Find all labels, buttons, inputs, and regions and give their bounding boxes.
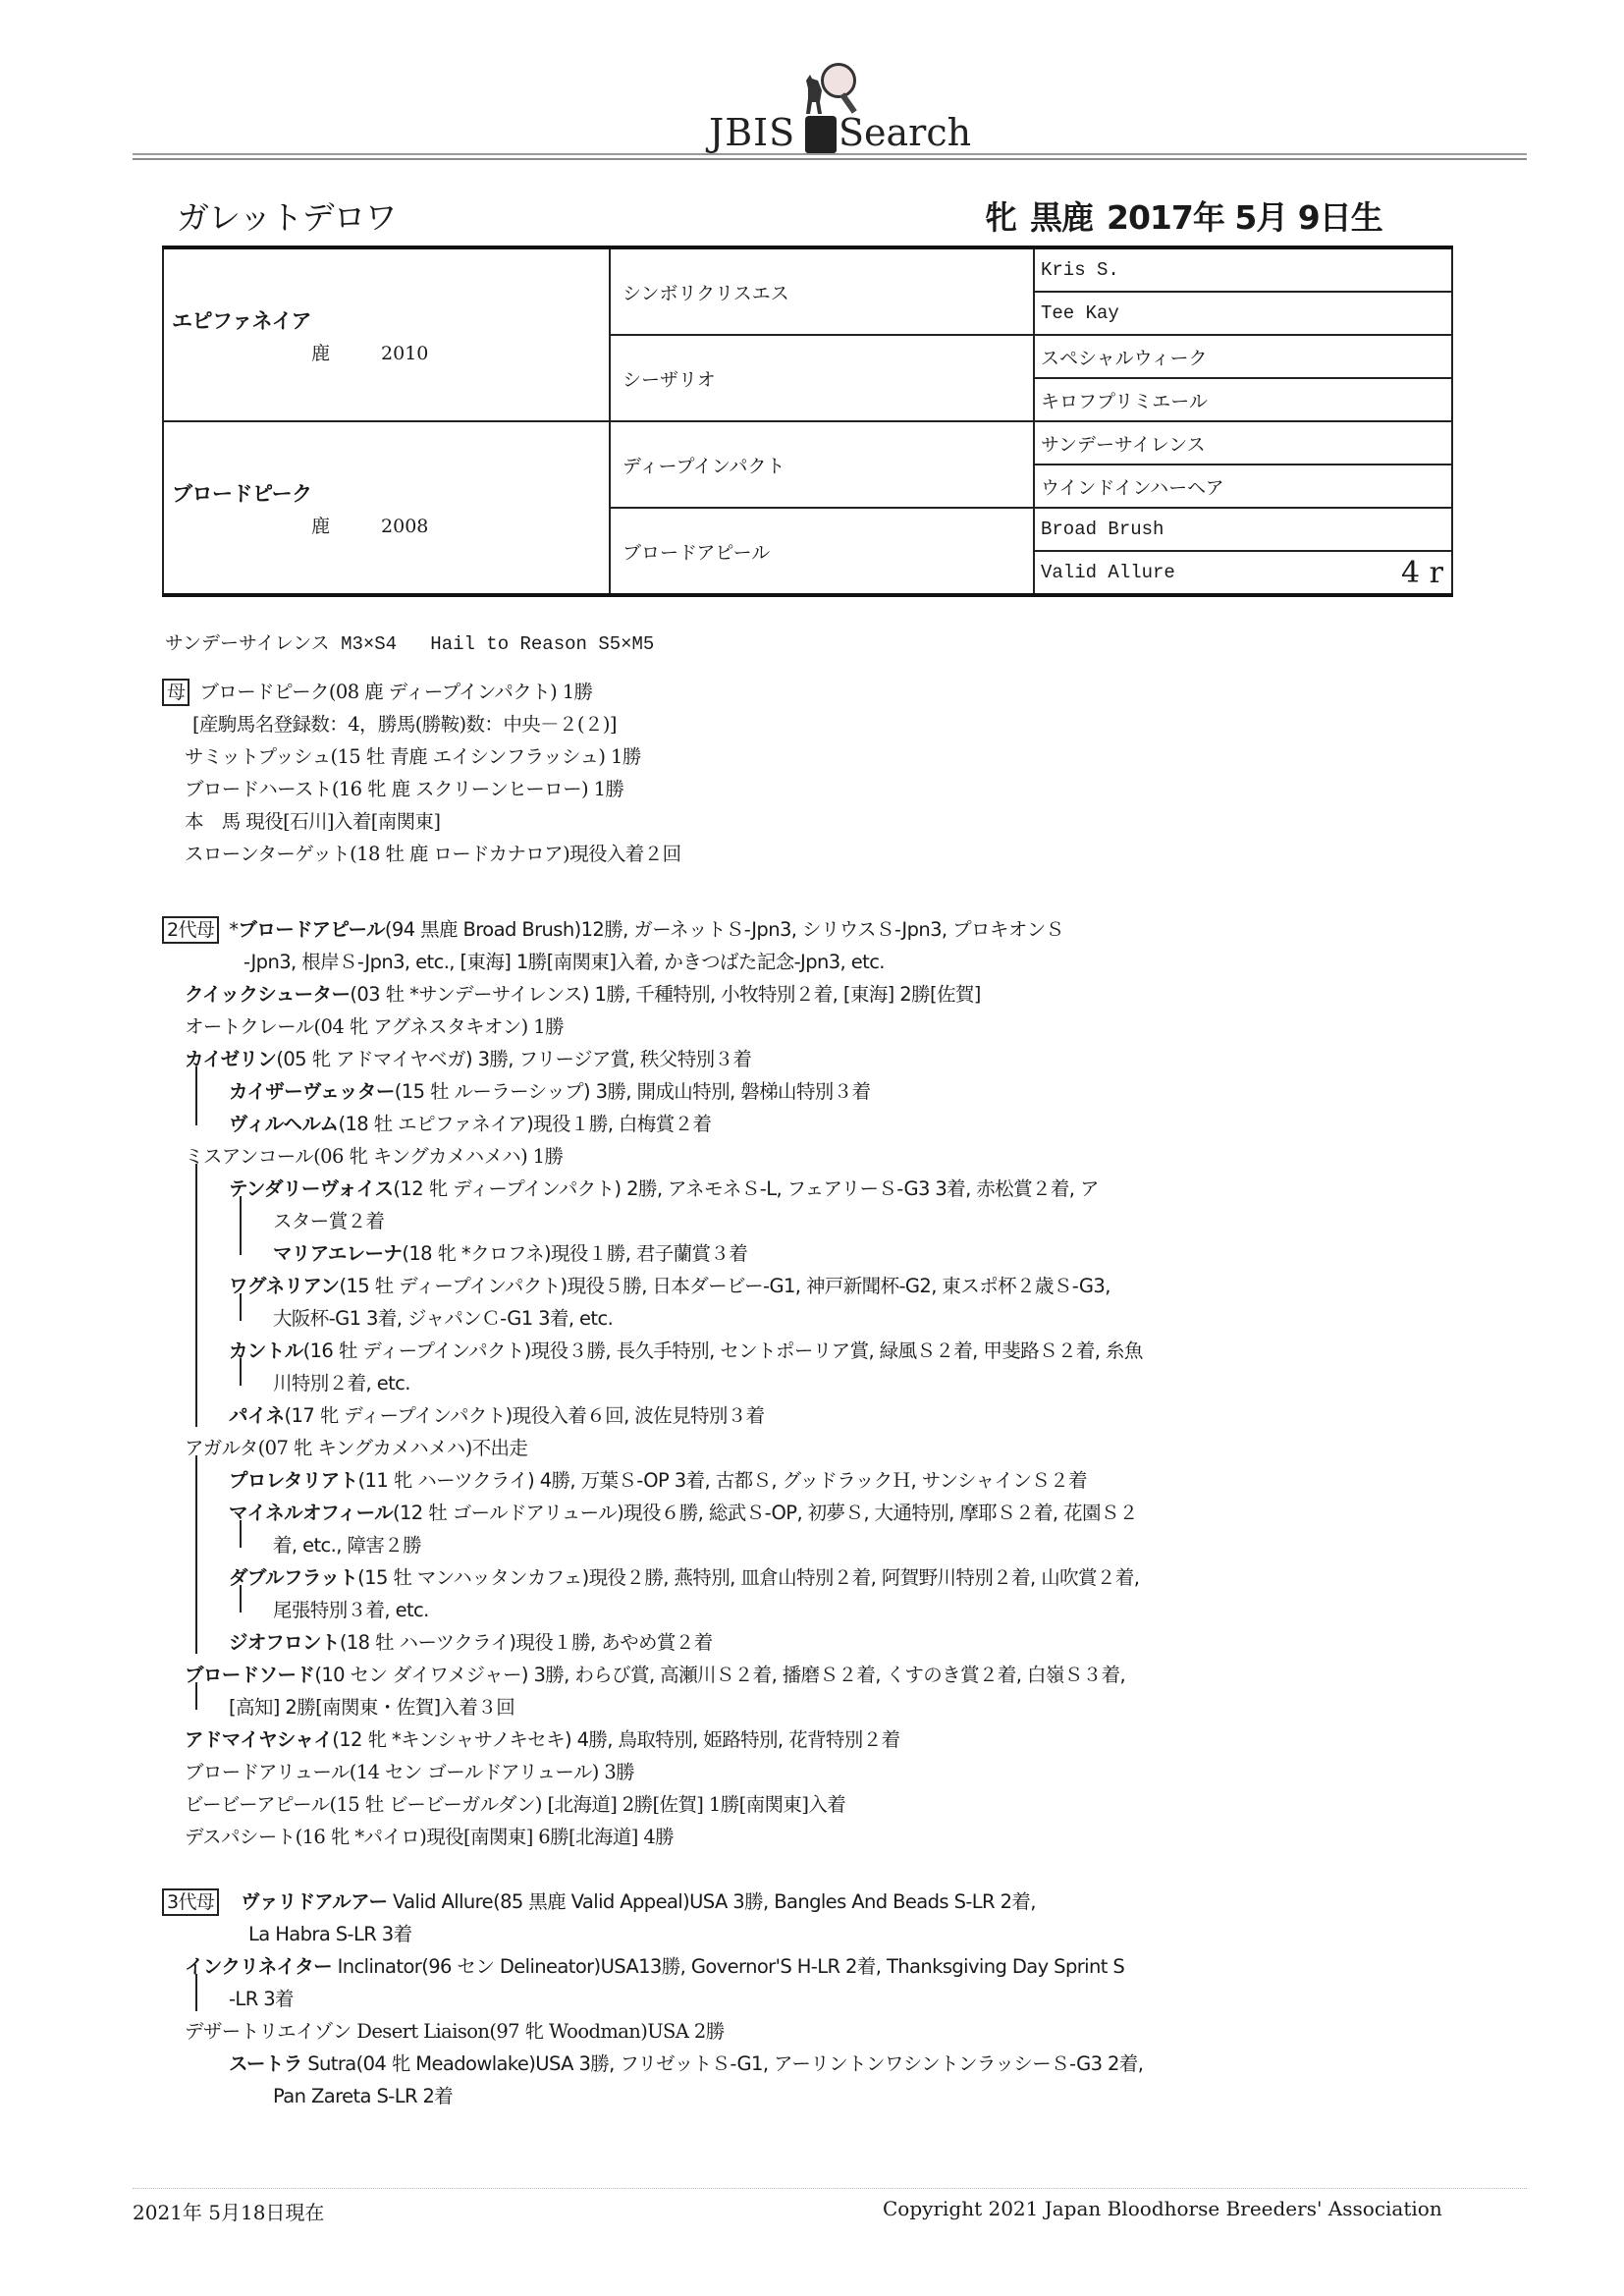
dam-year: 2008 xyxy=(381,516,428,537)
family-entry: デスパシート(16 牝 *パイロ)現役[南関東] 6勝[北海道] 4勝 xyxy=(185,1823,674,1852)
entry-name-bold: カイゼリン xyxy=(185,1048,276,1070)
tree-connector xyxy=(195,1066,197,1125)
family-entry: アガルタ(07 牝 キングカメハメハ)不出走 xyxy=(185,1434,527,1463)
tree-connector xyxy=(195,1164,197,1427)
entry-record: (15 牡 ルーラーシップ) 3勝, 開成山特別, 磐梯山特別３着 xyxy=(395,1080,871,1103)
tree-connector xyxy=(240,1358,242,1386)
entry-record: (15 牡 マンハッタンカフェ)現役２勝, 燕特別, 皿倉山特別２着, 阿賀野川… xyxy=(357,1566,1139,1589)
family-entry: マリアエレーナ(18 牝 *クロフネ)現役１勝, 君子蘭賞３着 xyxy=(273,1239,747,1269)
ancestor-cell: キロフプリミエール xyxy=(1034,378,1452,421)
logo-text-search: Search xyxy=(839,111,971,154)
entry-name-bold: クイックシューター xyxy=(185,983,350,1006)
dam-produce-item: サミットプッシュ(15 牡 青鹿 エイシンフラッシュ) 1勝 xyxy=(185,742,641,772)
family-entry: オートクレール(04 牝 アグネスタキオン) 1勝 xyxy=(185,1012,564,1042)
family-entry: ミスアンコール(06 牝 キングカメハメハ) 1勝 xyxy=(185,1142,563,1172)
dam-name: ブロードピーク xyxy=(172,478,609,508)
greatgranddam-header: 3代母ヴァリドアルアー Valid Allure(85 黒鹿 Valid App… xyxy=(162,1887,1036,1917)
family-entry: マイネルオフィール(12 牡 ゴールドアリュール)現役６勝, 総武Ｓ-OP, 初… xyxy=(229,1499,1138,1528)
footer-rule xyxy=(133,2188,1527,2190)
dam-summary: ブロードピーク(08 鹿 ディープインパクト) 1勝 xyxy=(199,681,592,703)
horse-birth: 2017年 5月 9日生 xyxy=(1107,198,1382,237)
ancestor-cell: ウインドインハーヘア xyxy=(1034,465,1452,508)
inbreeding-line: サンデーサイレンス M3×S4 Hail to Reason S5×M5 xyxy=(165,629,654,655)
family-entry: ブロードソード(10 セン ダイワメジャー) 3勝, わらび賞, 高瀬川Ｓ２着,… xyxy=(185,1661,1125,1690)
ancestor-name: Valid Allure xyxy=(1041,562,1175,583)
entry-record: (16 牡 ディープインパクト)現役３勝, 長久手特別, セントポーリア賞, 緑… xyxy=(303,1339,1143,1362)
entry-name-bold: テンダリーヴォイス xyxy=(229,1177,393,1200)
sire-dam-cell: シーザリオ xyxy=(610,335,1034,421)
entry-name-bold: ダブルフラット xyxy=(229,1566,357,1589)
ancestor-cell: スペシャルウィーク xyxy=(1034,335,1452,378)
greatgranddam-record: Valid Allure(85 黒鹿 Valid Appeal)USA 3勝, … xyxy=(387,1890,1036,1913)
tree-connector xyxy=(240,1196,242,1255)
dam-dam-cell: ブロードアピール xyxy=(610,508,1034,595)
dam-cell: ブロードピーク 鹿2008 xyxy=(163,421,610,595)
family-entry: ダブルフラット(15 牡 マンハッタンカフェ)現役２勝, 燕特別, 皿倉山特別２… xyxy=(229,1563,1139,1593)
tree-connector xyxy=(240,1585,242,1613)
section-label-greatgranddam: 3代母 xyxy=(162,1888,219,1916)
family-entry-cont: 尾張特別３着, etc. xyxy=(273,1596,429,1625)
copyright: Copyright 2021 Japan Bloodhorse Breeders… xyxy=(883,2197,1442,2220)
family-entry: ジオフロント(18 牡 ハーツクライ)現役１勝, あやめ賞２着 xyxy=(229,1628,713,1658)
family-entry: インクリネイター Inclinator(96 セン Delineator)USA… xyxy=(185,1952,1124,1982)
section-label-granddam: 2代母 xyxy=(162,916,219,944)
family-entry-cont: 川特別２着, etc. xyxy=(273,1369,410,1398)
entry-name-bold: アドマイヤシャイ xyxy=(185,1728,332,1751)
tree-connector xyxy=(195,1974,197,2011)
entry-name-bold: カイザーヴェッター xyxy=(229,1080,395,1103)
entry-record: (17 牝 ディープインパクト)現役入着６回, 波佐見特別３着 xyxy=(285,1404,765,1427)
ancestor-cell: Tee Kay xyxy=(1034,292,1452,335)
dam-produce-stats: [産駒馬名登録数：4，勝馬(勝鞍)数：中央－２(２)] xyxy=(192,710,617,739)
dam-sire-cell: ディープインパクト xyxy=(610,421,1034,508)
entry-record: Inclinator(96 セン Delineator)USA13勝, Gove… xyxy=(332,1955,1124,1978)
entry-record: (12 牡 ゴールドアリュール)現役６勝, 総武Ｓ-OP, 初夢Ｓ, 大通特別,… xyxy=(393,1502,1138,1524)
sire-color: 鹿 xyxy=(311,343,330,364)
entry-record: Sutra(04 牝 Meadowlake)USA 3勝, フリゼットＳ-G1,… xyxy=(302,2052,1144,2075)
logo-cylinder-icon xyxy=(805,116,837,153)
family-entry: ワグネリアン(15 牡 ディープインパクト)現役５勝, 日本ダービー-G1, 神… xyxy=(229,1272,1110,1301)
entry-record: (03 牡 *サンデーサイレンス) 1勝, 千種特別, 小牧特別２着, [東海]… xyxy=(350,983,980,1006)
family-entry-cont: 着, etc., 障害２勝 xyxy=(273,1531,421,1560)
entry-record: (18 牡 ハーツクライ)現役１勝, あやめ賞２着 xyxy=(340,1631,713,1654)
entry-name-bold: プロレタリアト xyxy=(229,1469,358,1492)
dam-produce-item: 本 馬 現役[石川]入着[南関東] xyxy=(185,807,440,837)
header-rule xyxy=(133,158,1527,160)
entry-record: (11 牝 ハーツクライ) 4勝, 万葉Ｓ-OP 3着, 古都Ｓ, グッドラック… xyxy=(358,1469,1087,1492)
entry-name-bold: スートラ xyxy=(229,2052,302,2075)
granddam-header: 2代母*ブロードアピール(94 黒鹿 Broad Brush)12勝, ガーネッ… xyxy=(162,915,1064,945)
family-entry: クイックシューター(03 牡 *サンデーサイレンス) 1勝, 千種特別, 小牧特… xyxy=(185,980,981,1010)
dam-produce-item: ブロードハースト(16 牝 鹿 スクリーンヒーロー) 1勝 xyxy=(185,775,623,804)
magnifier-icon xyxy=(821,63,856,98)
horse-profile: 牝黒鹿2017年 5月 9日生 xyxy=(985,192,1382,239)
granddam-record: (94 黒鹿 Broad Brush)12勝, ガーネットＳ-Jpn3, シリウ… xyxy=(385,918,1064,941)
horse-name: ガレットデロワ xyxy=(177,192,397,239)
family-entry: パイネ(17 牝 ディープインパクト)現役入着６回, 波佐見特別３着 xyxy=(229,1401,765,1431)
granddam-record-cont: -Jpn3, 根岸Ｓ-Jpn3, etc., [東海] 1勝[南関東]入着, か… xyxy=(244,948,885,977)
horse-color: 黒鹿 xyxy=(1030,198,1093,237)
entry-name-bold: インクリネイター xyxy=(185,1955,332,1978)
horse-sex: 牝 xyxy=(985,198,1016,237)
entry-record: (15 牡 ディープインパクト)現役５勝, 日本ダービー-G1, 神戸新聞杯-G… xyxy=(339,1275,1110,1297)
family-entry: プロレタリアト(11 牝 ハーツクライ) 4勝, 万葉Ｓ-OP 3着, 古都Ｓ,… xyxy=(229,1466,1087,1496)
entry-name-bold: ジオフロント xyxy=(229,1631,340,1654)
section-label-dam: 母 xyxy=(162,679,189,706)
entry-record: (12 牝 ディープインパクト) 2勝, アネモネＳ-L, フェアリーＳ-G3 … xyxy=(393,1177,1099,1200)
greatgranddam-name: ヴァリドアルアー xyxy=(241,1890,387,1913)
entry-record: (10 セン ダイワメジャー) 3勝, わらび賞, 高瀬川Ｓ２着, 播磨Ｓ２着,… xyxy=(314,1664,1125,1686)
tree-connector xyxy=(195,1682,197,1710)
family-entry: アドマイヤシャイ(12 牝 *キンシャサノキセキ) 4勝, 鳥取特別, 姫路特別… xyxy=(185,1725,900,1755)
family-entry-cont: 大阪杯-G1 3着, ジャパンＣ-G1 3着, etc. xyxy=(273,1304,613,1334)
as-of-date: 2021年 5月18日現在 xyxy=(133,2197,324,2225)
jbis-search-logo: JBIS Search xyxy=(709,57,935,155)
family-entry: デザートリエイゾン Desert Liaison(97 牝 Woodman)US… xyxy=(185,2017,725,2047)
entry-name-bold: ブロードソード xyxy=(185,1664,314,1686)
greatgranddam-record-cont: La Habra S-LR 3着 xyxy=(248,1920,412,1949)
ancestor-cell: Kris S. xyxy=(1034,247,1452,292)
sire-cell: エピファネイア 鹿2010 xyxy=(163,247,610,421)
family-entry: ヴィルヘルム(18 牡 エピファネイア)現役１勝, 白梅賞２着 xyxy=(229,1110,711,1139)
ancestor-cell: サンデーサイレンス xyxy=(1034,421,1452,465)
family-entry: カイザーヴェッター(15 牡 ルーラーシップ) 3勝, 開成山特別, 磐梯山特別… xyxy=(229,1077,871,1107)
entry-name-bold: パイネ xyxy=(229,1404,285,1427)
sire-year: 2010 xyxy=(381,343,428,364)
family-entry-cont: Pan Zareta S-LR 2着 xyxy=(273,2082,453,2111)
family-entry: ブロードアリュール(14 セン ゴールドアリュール) 3勝 xyxy=(185,1758,634,1787)
sire-sire-cell: シンボリクリスエス xyxy=(610,247,1034,335)
entry-record: (05 牝 アドマイヤベガ) 3勝, フリージア賞, 秩父特別３着 xyxy=(276,1048,751,1070)
entry-record: (18 牝 *クロフネ)現役１勝, 君子蘭賞３着 xyxy=(402,1242,747,1265)
entry-name-bold: ヴィルヘルム xyxy=(229,1113,338,1135)
family-entry: カイゼリン(05 牝 アドマイヤベガ) 3勝, フリージア賞, 秩父特別３着 xyxy=(185,1045,751,1074)
entry-name-bold: マイネルオフィール xyxy=(229,1502,393,1524)
family-entry-cont: [高知] 2勝[南関東・佐賀]入着３回 xyxy=(229,1693,514,1722)
entry-record: (12 牝 *キンシャサノキセキ) 4勝, 鳥取特別, 姫路特別, 花背特別２着 xyxy=(332,1728,899,1751)
family-entry: スートラ Sutra(04 牝 Meadowlake)USA 3勝, フリゼット… xyxy=(229,2050,1143,2079)
dam-color: 鹿 xyxy=(311,516,330,537)
dam-produce-item: スローンターゲット(18 牡 鹿 ロードカナロア)現役入着２回 xyxy=(185,840,681,869)
pedigree-table: エピファネイア 鹿2010 シンボリクリスエス Kris S. Tee Kay … xyxy=(162,246,1453,597)
family-entry: ビービーアピール(15 牡 ビービーガルダン) [北海道] 2勝[佐賀] 1勝[… xyxy=(185,1790,845,1820)
family-entry: テンダリーヴォイス(12 牝 ディープインパクト) 2勝, アネモネＳ-L, フ… xyxy=(229,1175,1099,1204)
granddam-name: ブロードアピール xyxy=(238,918,384,941)
tree-connector xyxy=(240,1293,242,1321)
entry-record: (18 牡 エピファネイア)現役１勝, 白梅賞２着 xyxy=(338,1113,711,1135)
tree-connector xyxy=(240,1520,242,1548)
family-entry-cont: -LR 3着 xyxy=(229,1985,294,2014)
logo-text-jbis: JBIS xyxy=(709,111,795,154)
entry-name-bold: マリアエレーナ xyxy=(273,1242,402,1265)
sire-name: エピファネイア xyxy=(172,305,609,335)
ancestor-cell-with-family: Valid Allure4 r xyxy=(1034,551,1452,595)
ancestor-cell: Broad Brush xyxy=(1034,508,1452,551)
tree-connector xyxy=(195,1455,197,1654)
family-entry: カントル(16 牡 ディープインパクト)現役３勝, 長久手特別, セントポーリア… xyxy=(229,1337,1143,1366)
family-number: 4 r xyxy=(1401,556,1443,590)
entry-name-bold: ワグネリアン xyxy=(229,1275,339,1297)
dam-header: 母ブロードピーク(08 鹿 ディープインパクト) 1勝 xyxy=(162,678,592,707)
header-rule xyxy=(133,153,1527,155)
family-entry-cont: スター賞２着 xyxy=(273,1207,384,1236)
